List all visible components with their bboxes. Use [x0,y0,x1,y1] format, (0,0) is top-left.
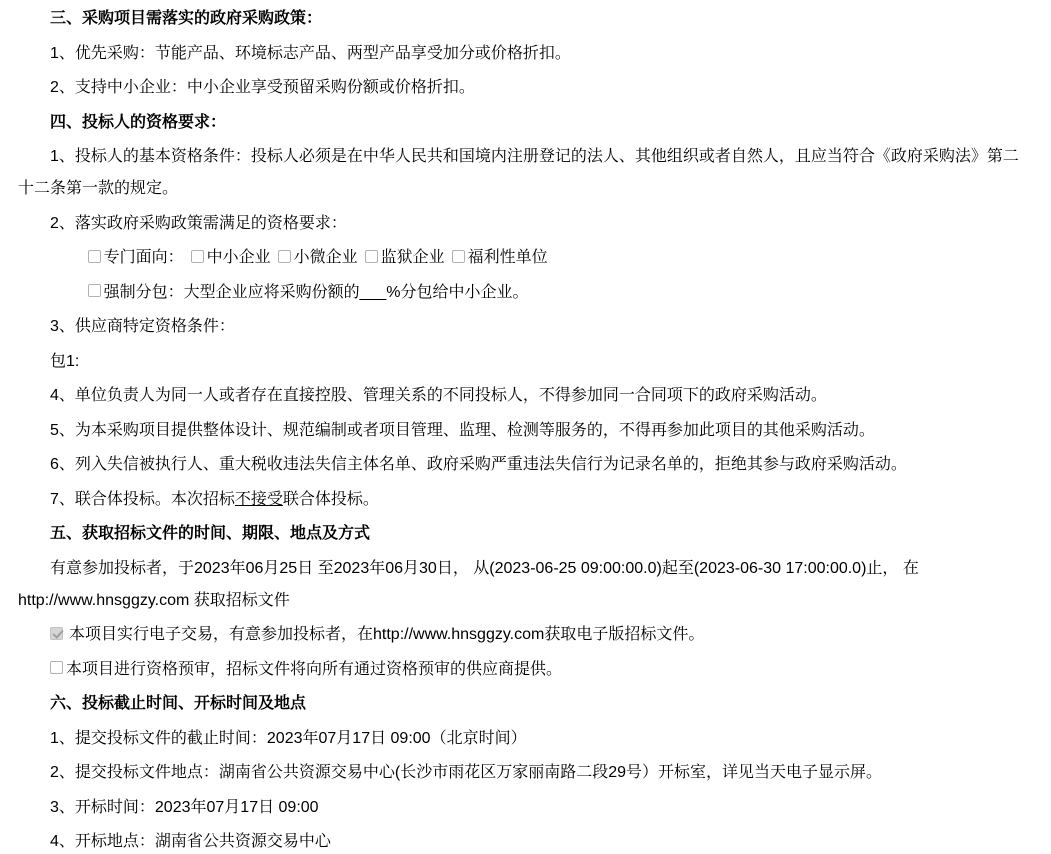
subcontract-checkbox[interactable] [88,284,101,297]
option-prison-label: 监狱企业 [381,249,445,266]
policy-item-sme-support: 2、支持中小企业：中小企业享受预留采购份额或价格折扣。 [18,72,1033,104]
special-target-checkbox[interactable] [88,250,101,263]
option-micro: 小微企业 [278,249,358,266]
qualification-same-person: 4、单位负责人为同一人或者存在直接控股、管理关系的不同投标人，不得参加同一合同项… [18,380,1033,412]
option-micro-checkbox[interactable] [278,250,291,263]
procurement-notice-document: 三、采购项目需落实的政府采购政策： 1、优先采购：节能产品、环境标志产品、两型产… [0,0,1051,854]
special-target-label: 专门面向： [104,249,184,266]
special-target-row: 专门面向：中小企业小微企业监狱企业福利性单位 [18,242,1033,274]
option-sme-label: 中小企业 [207,249,271,266]
option-welfare-label: 福利性单位 [468,249,548,266]
option-welfare: 福利性单位 [452,249,548,266]
option-sme: 中小企业 [191,249,271,266]
etrade-row: 本项目实行电子交易，有意参加投标者，在http://www.hnsggzy.co… [18,619,1033,651]
obtain-document-paragraph: 有意参加投标者，于2023年06月25日 至2023年06月30日， 从(202… [18,553,1033,617]
option-prison: 监狱企业 [365,249,445,266]
subcontract-text: 强制分包：大型企业应将采购份额的___%分包给中小企业。 [104,284,529,301]
qualification-dishonest-list: 6、列入失信被执行人、重大税收违法失信主体名单、政府采购严重违法失信行为记录名单… [18,449,1033,481]
prequalify-text: 本项目进行资格预审，招标文件将向所有通过资格预审的供应商提供。 [66,661,562,678]
prequalify-row: 本项目进行资格预审，招标文件将向所有通过资格预审的供应商提供。 [18,654,1033,686]
qualification-consortium: 7、联合体投标。本次招标不接受联合体投标。 [18,484,1033,516]
section6-heading: 六、投标截止时间、开标时间及地点 [18,688,1033,720]
etrade-text: 本项目实行电子交易，有意参加投标者，在http://www.hnsggzy.co… [69,626,704,643]
consortium-not-accepted: 不接受 [235,491,283,508]
bid-open-location-item: 4、开标地点：湖南省公共资源交易中心 [18,826,1033,854]
qualification-basic: 1、投标人的基本资格条件：投标人必须是在中华人民共和国境内注册登记的法人、其他组… [18,141,1033,205]
section5-heading: 五、获取招标文件的时间、期限、地点及方式 [18,518,1033,550]
option-sme-checkbox[interactable] [191,250,204,263]
subcontract-row: 强制分包：大型企业应将采购份额的___%分包给中小企业。 [18,277,1033,309]
section3-heading: 三、采购项目需落实的政府采购政策： [18,3,1033,35]
option-prison-checkbox[interactable] [365,250,378,263]
qualification-service-provider: 5、为本采购项目提供整体设计、规范编制或者项目管理、监理、检测等服务的，不得再参… [18,415,1033,447]
bid-open-time-item: 3、开标时间：2023年07月17日 09:00 [18,792,1033,824]
prequalify-checkbox[interactable] [50,661,63,674]
package-1-label: 包1: [18,346,1033,378]
qualification-policy: 2、落实政府采购政策需满足的资格要求： [18,208,1033,240]
consortium-suffix: 联合体投标。 [283,491,379,508]
bid-submit-location-item: 2、提交投标文件地点：湖南省公共资源交易中心(长沙市雨花区万家丽南路二段29号）… [18,757,1033,789]
section4-heading: 四、投标人的资格要求： [18,107,1033,139]
option-welfare-checkbox[interactable] [452,250,465,263]
qualification-specific: 3、供应商特定资格条件： [18,311,1033,343]
bid-deadline-item: 1、提交投标文件的截止时间：2023年07月17日 09:00（北京时间） [18,723,1033,755]
consortium-prefix: 7、联合体投标。本次招标 [50,491,235,508]
option-micro-label: 小微企业 [294,249,358,266]
etrade-checkbox[interactable] [50,627,63,640]
policy-item-priority: 1、优先采购：节能产品、环境标志产品、两型产品享受加分或价格折扣。 [18,38,1033,70]
